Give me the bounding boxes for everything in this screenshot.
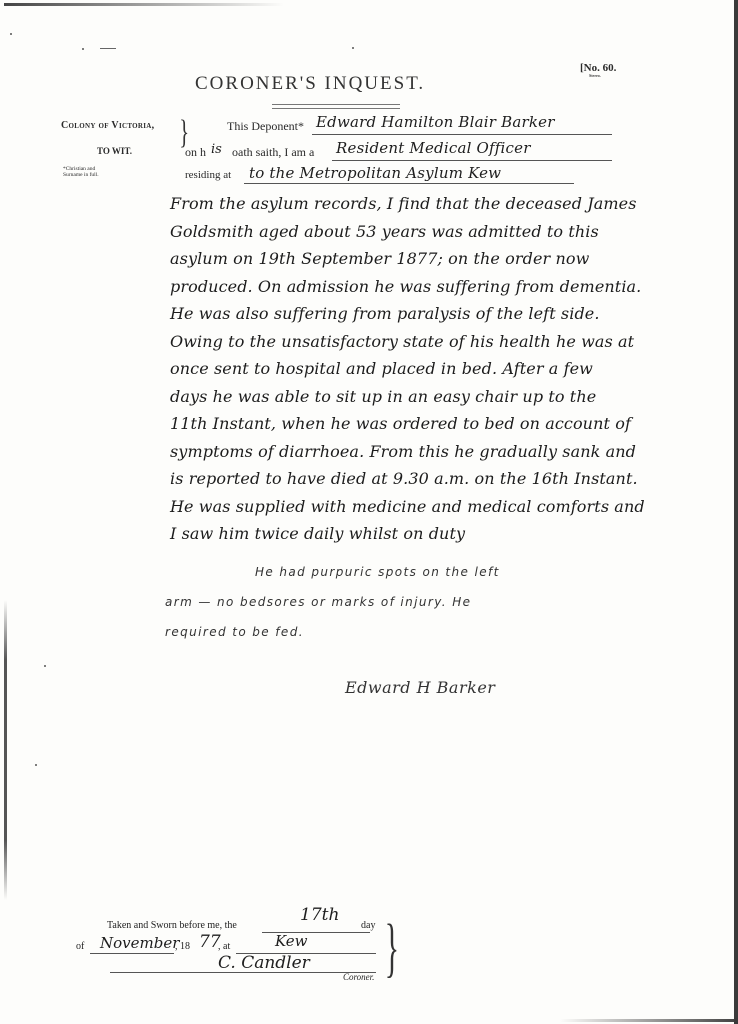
- additional-note: He had purpuric spots on the left arm — …: [165, 557, 685, 647]
- right-brace: }: [385, 915, 399, 981]
- day-field: 17th: [300, 905, 339, 925]
- scan-speck: [44, 665, 46, 667]
- scan-speck: [10, 33, 12, 35]
- month-field: November: [100, 934, 179, 952]
- place-field: Kew: [275, 932, 308, 950]
- title-divider: [272, 104, 400, 109]
- deponent-rule: [312, 134, 612, 135]
- document-title: CORONER'S INQUEST.: [195, 73, 425, 95]
- deposition-line: Owing to the unsatisfactory state of his…: [170, 328, 670, 356]
- to-wit-label: TO WIT.: [97, 146, 132, 156]
- day-label: day: [361, 920, 375, 931]
- at-label: , at: [218, 941, 230, 952]
- deposition-line: He was also suffering from paralysis of …: [170, 300, 670, 328]
- deposition-line: days he was able to sit up in an easy ch…: [170, 383, 670, 411]
- deposition-line: Goldsmith aged about 53 years was admitt…: [170, 218, 670, 246]
- scan-edge-right: [734, 0, 738, 1024]
- scan-speck: [352, 47, 354, 49]
- scan-mark: [100, 48, 116, 49]
- deposition-line: asylum on 19th September 1877; on the or…: [170, 245, 670, 273]
- deposition-line: symptoms of diarrhoea. From this he grad…: [170, 438, 670, 466]
- deponent-label: This Deponent*: [227, 119, 304, 134]
- form-number-sub: Stereo.: [589, 73, 601, 78]
- note-line: arm — no bedsores or marks of injury. He: [165, 587, 685, 617]
- deposition-line: produced. On admission he was suffering …: [170, 273, 670, 301]
- oath-pronoun-field: is: [211, 142, 222, 157]
- residence-field: to the Metropolitan Asylum Kew: [249, 164, 501, 182]
- deponent-name-field: Edward Hamilton Blair Barker: [316, 113, 555, 131]
- name-footnote: *Christian and Surname in full.: [63, 166, 113, 178]
- deposition-line: I saw him twice daily whilst on duty: [170, 520, 670, 548]
- deposition-text: From the asylum records, I find that the…: [170, 190, 670, 548]
- of-label: of: [76, 941, 84, 952]
- colony-label: Colony of Victoria,: [61, 120, 154, 131]
- occupation-rule: [332, 160, 612, 161]
- residing-label: residing at: [185, 169, 231, 181]
- residence-rule: [244, 183, 574, 184]
- oath-label-prefix: on h: [185, 145, 206, 160]
- note-line: He had purpuric spots on the left: [165, 557, 685, 587]
- deposition-line: He was supplied with medicine and medica…: [170, 493, 670, 521]
- deposition-line: 11th Instant, when he was ordered to bed…: [170, 410, 670, 438]
- oath-label-suffix: oath saith, I am a: [232, 145, 314, 160]
- occupation-field: Resident Medical Officer: [336, 139, 531, 157]
- scan-speck: [35, 764, 37, 766]
- scan-edge-left: [4, 600, 7, 900]
- year-prefix-label: , 18: [175, 941, 190, 952]
- scan-speck: [82, 48, 84, 50]
- note-line: required to be fed.: [165, 617, 685, 647]
- sworn-label: Taken and Sworn before me, the: [107, 920, 237, 931]
- deposition-line: From the asylum records, I find that the…: [170, 190, 670, 218]
- scan-edge-top: [4, 3, 284, 6]
- scan-edge-bottom: [560, 1019, 734, 1022]
- deponent-signature: Edward H Barker: [345, 678, 495, 697]
- deposition-line: is reported to have died at 9.30 a.m. on…: [170, 465, 670, 493]
- coroner-signature: C. Candler: [218, 953, 310, 973]
- coroner-label: Coroner.: [343, 972, 374, 982]
- deposition-line: once sent to hospital and placed in bed.…: [170, 355, 670, 383]
- month-rule: [90, 953, 174, 954]
